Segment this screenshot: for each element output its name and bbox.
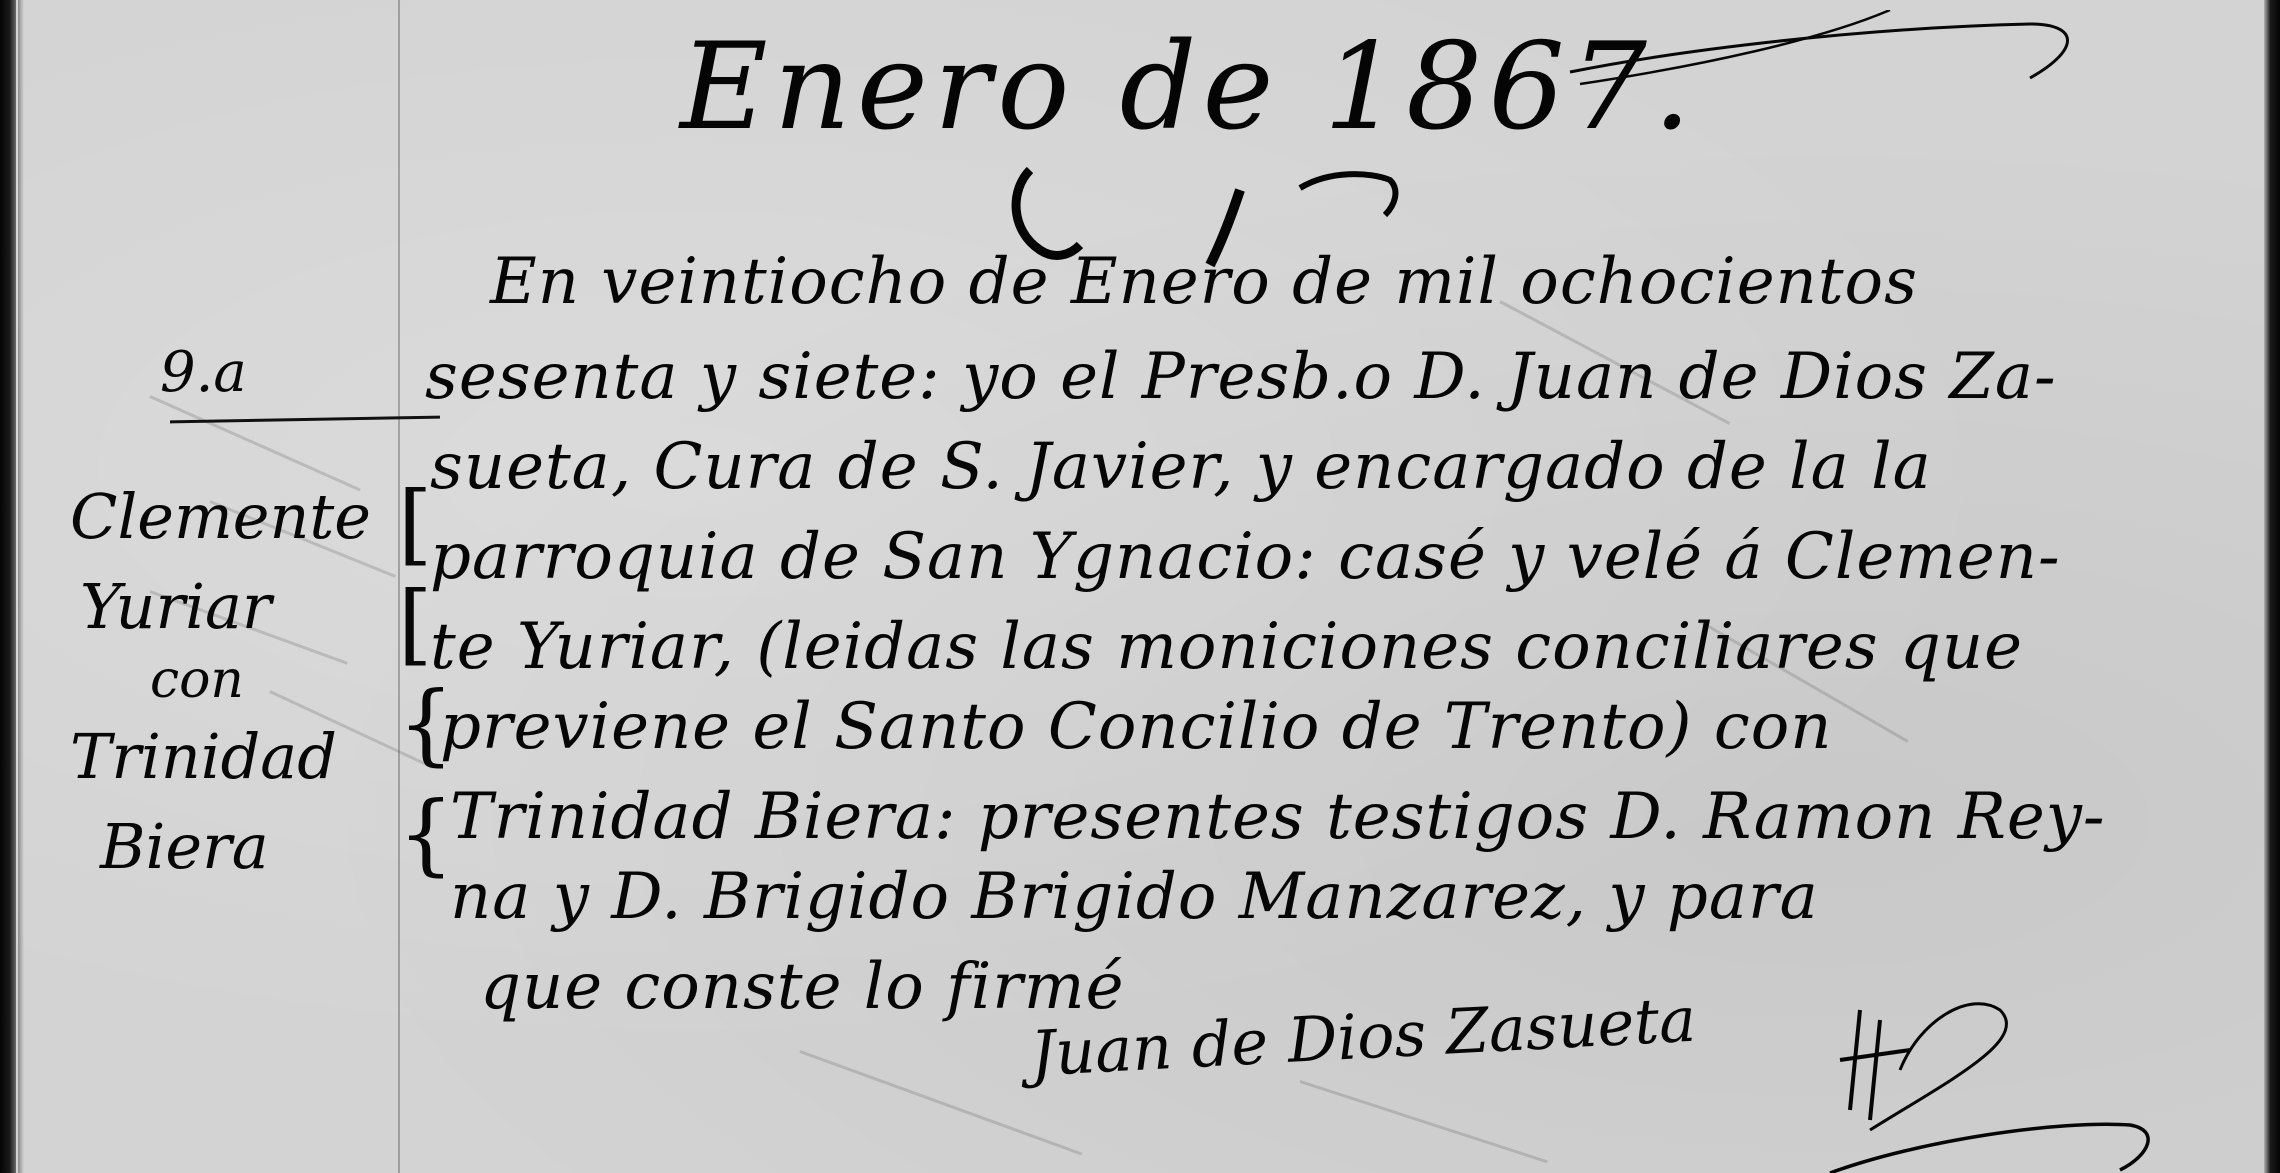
- brace-bracket: {: [398, 790, 454, 878]
- month-year-heading: Enero de 1867.: [680, 28, 1697, 148]
- register-page: Enero de 1867. 9.a Clemente Yuriar con T…: [0, 0, 2280, 1173]
- margin-bride-surname: Biera: [100, 810, 269, 883]
- brace-bracket: [: [398, 580, 432, 668]
- right-page-edge: [2264, 0, 2280, 1173]
- body-line-4: parroquia de San Ygnacio: casé y velé á …: [430, 520, 2061, 594]
- body-line-9: que conste lo firmé: [480, 950, 1124, 1024]
- margin-groom-surname: Yuriar: [80, 570, 272, 643]
- body-line-7: Trinidad Biera: presentes testigos D. Ra…: [450, 780, 2106, 854]
- bleed-through-stroke: [149, 395, 360, 491]
- body-line-2: sesenta y siete: yo el Presb.o D. Juan d…: [425, 340, 2057, 414]
- entry-number: 9.a: [160, 340, 247, 405]
- margin-bride-first-name: Trinidad: [70, 720, 337, 793]
- body-line-5: te Yuriar, (leidas las moniciones concil…: [430, 610, 2023, 684]
- bleed-through-stroke: [1300, 1080, 1548, 1163]
- brace-bracket: [: [398, 480, 432, 568]
- body-line-3: sueta, Cura de S. Javier, y encargado de…: [430, 430, 1932, 504]
- priest-signature: Juan de Dios Zasueta: [1029, 983, 1698, 1091]
- margin-groom-first-name: Clemente: [70, 480, 371, 553]
- heading-flourish-icon: [1560, 10, 2080, 100]
- body-line-8: na y D. Brigido Brigido Manzarez, y para: [450, 860, 1819, 934]
- left-binding-edge: [0, 0, 16, 1173]
- body-line-6: previene el Santo Concilio de Trento) co…: [440, 690, 1832, 764]
- margin-conjunction: con: [150, 650, 244, 710]
- binding-shadow: [18, 0, 24, 1173]
- signature-rubric-icon: [1800, 990, 2220, 1173]
- body-line-1: En veintiocho de Enero de mil ochociento…: [490, 245, 1918, 319]
